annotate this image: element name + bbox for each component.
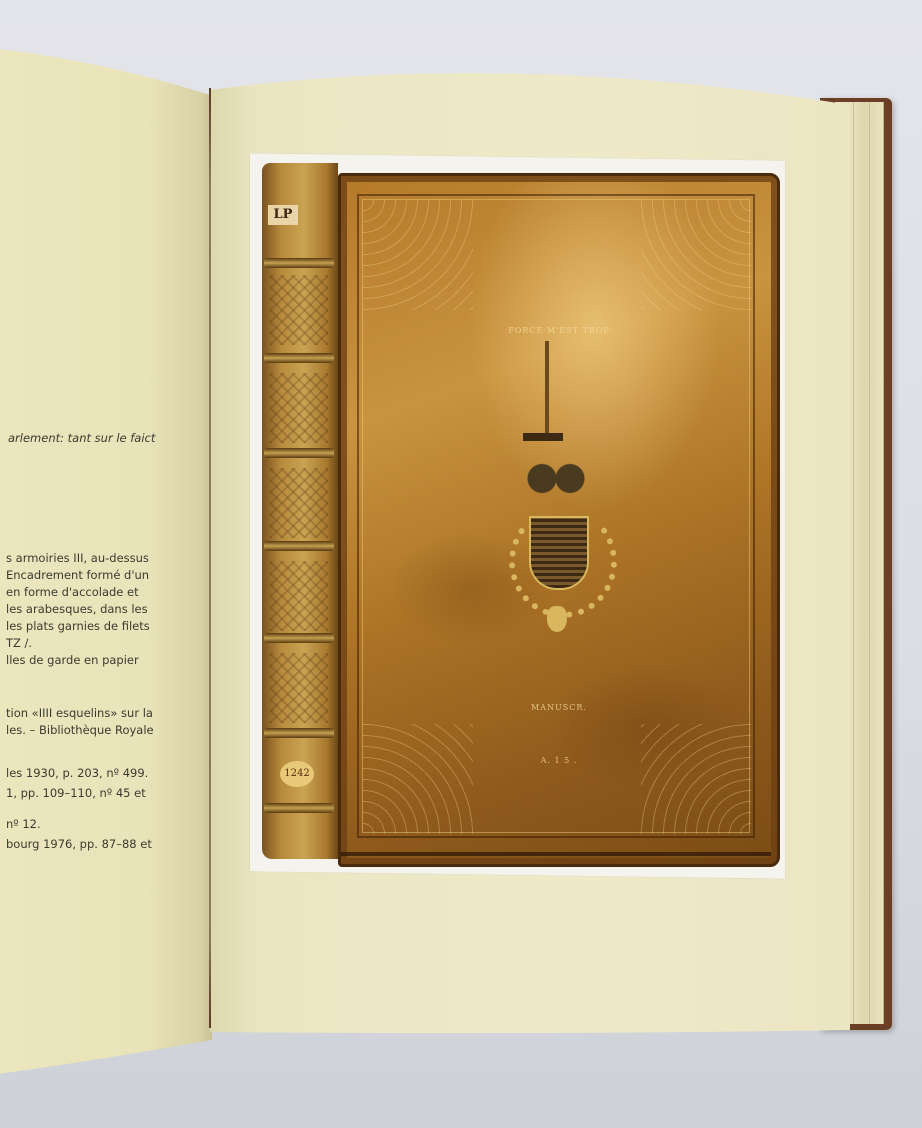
cover-title: MANUSCR. — [341, 703, 777, 712]
text-line: tion «IIII esquelins» sur la — [6, 705, 153, 722]
crest-bar — [523, 433, 563, 441]
cover-date: A. 1 5 . — [341, 756, 777, 765]
text-line: bourg 1976, pp. 87–88 et — [6, 836, 152, 853]
spine-band — [264, 258, 334, 268]
antique-binding-image: LP 1242 ·FORCE·M'EST·TROP· — [262, 163, 774, 861]
cover-motto: ·FORCE·M'EST·TROP· — [341, 326, 777, 335]
spine-band — [264, 448, 334, 458]
golden-fleece-icon — [547, 606, 567, 632]
corner-ornament — [641, 724, 751, 834]
photo-scene: arlement: tant sur le faict s armoiries … — [0, 0, 922, 1128]
text-line: les arabesques, dans les — [6, 601, 148, 618]
text-line: Encadrement formé d'un — [6, 567, 149, 584]
spine-band — [264, 353, 334, 363]
left-page-text: arlement: tant sur le faict s armoiries … — [0, 0, 200, 1128]
text-line: en forme d'accolade et — [6, 584, 139, 601]
spine-tooling — [270, 561, 328, 631]
spine-shelfmark: 1242 — [280, 761, 314, 787]
book-spine: LP 1242 — [262, 163, 338, 859]
spine-band — [264, 633, 334, 643]
text-line: nº 12. — [6, 816, 41, 833]
text-line: TZ /. — [6, 635, 32, 652]
text-line: arlement: tant sur le faict — [8, 430, 155, 447]
spine-band — [264, 728, 334, 738]
spine-tooling — [270, 373, 328, 443]
wear-mark — [341, 852, 771, 856]
spine-tooling — [270, 275, 328, 345]
text-line: les. – Bibliothèque Royale — [6, 722, 154, 739]
text-line: les 1930, p. 203, nº 499. — [6, 765, 148, 782]
spine-tooling — [270, 653, 328, 723]
spine-band — [264, 803, 334, 813]
corner-ornament — [363, 200, 473, 310]
text-line: s armoiries III, au-dessus — [6, 550, 149, 567]
front-board: ·FORCE·M'EST·TROP· MANUSCR. A. 1 5 . — [338, 173, 780, 867]
shield-icon — [529, 516, 589, 590]
book-gutter — [209, 88, 211, 1028]
corner-ornament — [641, 200, 751, 310]
corner-ornament — [363, 724, 473, 834]
text-line: lles de garde en papier — [6, 652, 139, 669]
spine-label: LP — [268, 205, 298, 225]
spine-tooling — [270, 468, 328, 538]
helm-icon — [521, 456, 591, 501]
coat-of-arms-icon — [501, 411, 611, 641]
sword-icon — [545, 341, 549, 441]
text-line: 1, pp. 109–110, nº 45 et — [6, 785, 146, 802]
text-line: les plats garnies de filets — [6, 618, 150, 635]
spine-band — [264, 541, 334, 551]
